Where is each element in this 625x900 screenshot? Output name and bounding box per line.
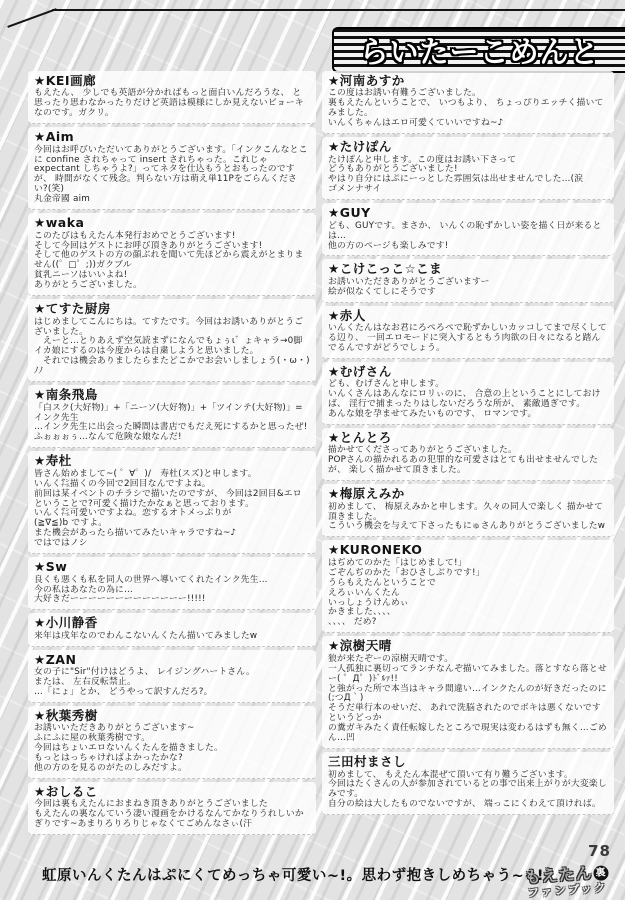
comment-body: 今回はお呼びいただいてありがとうございます。「インクこんなとこに confine…: [34, 146, 310, 206]
commenter-name: ★KEI画廊: [34, 74, 310, 88]
commenter-name: 三田村まさし: [328, 755, 608, 769]
top-border-diagonal-line: [7, 8, 57, 28]
comment-section: ★おしるこ今回は裏もえたんにおまねき頂きありがとうございました もえたんの裏なん…: [28, 782, 316, 835]
comment-section: ★寿杜皆さん始めまして~( ゜∀゜)/ 寿杜(スズ)と申します。 いんく㌠描くの…: [28, 451, 316, 554]
comment-section: ★こけこっこ☆こまお誘いいただきありがとうございますー 絵が似なくてしにそうです: [322, 259, 614, 302]
commenter-name: ★梅原えみか: [328, 487, 608, 501]
commenter-name: ★赤人: [328, 309, 608, 323]
comment-body: たけぽんと申します。この度はお誘い下さって どうもありがとうございました! やは…: [328, 156, 608, 196]
comment-body: 「白スク(大好物)」+「ニーソ(大好物)」+「ツインテ(大好物)」=インク先生 …: [34, 404, 310, 444]
commenter-name: ★とんとろ: [328, 431, 608, 445]
commenter-name: ★Sw: [34, 560, 310, 574]
comment-body: 女の子に"Sir"付けはどうよ、 レイジングハートさん。 または、 左右反転禁止…: [34, 668, 310, 698]
logo-ura-badge: 裏: [593, 865, 609, 881]
comment-section: ★南条飛鳥「白スク(大好物)」+「ニーソ(大好物)」+「ツインテ(大好物)」=イ…: [28, 385, 316, 448]
comment-body: このたびはもえたん本発行おめでとうございます! そして今回はゲストにお呼び頂きあ…: [34, 232, 310, 292]
comment-section: ★たけぽんたけぽんと申します。この度はお誘い下さって どうもありがとうございまし…: [322, 137, 614, 200]
comment-body: 来年は戌年なのでわんこないんくたん描いてみましたw: [34, 632, 310, 642]
comment-body: もえたん、 少しでも英語が分かればもっと面白いんだろうな、 と思ったり思わなかっ…: [34, 89, 310, 119]
commenter-name: ★ZAN: [34, 653, 310, 667]
commenter-name: ★涼樹天晴: [328, 639, 608, 653]
comment-section: ★むげさんども、むげさんと申します。 いんくさんはあんなにロリぃのに、 合意の上…: [322, 362, 614, 425]
comment-body: ども、GUYです。まさか、 いんくの恥ずかしい姿を描く日が来るとは… 他の方のペ…: [328, 222, 608, 252]
comment-body: はじめましてこんにちは。てすたです。今回はお誘いありがとうございました。 えーと…: [34, 318, 310, 378]
comment-section: ★GUYども、GUYです。まさか、 いんくの恥ずかしい姿を描く日が来るとは… 他…: [322, 203, 614, 256]
comment-body: お誘いいただきありがとうございます~ ふにふに屋の秋葉秀樹です。 今回はちょいエ…: [34, 724, 310, 774]
comment-body: 初めまして、 梅原えみかと申します。久々の同人で楽しく 描かせて頂きました。 こ…: [328, 503, 608, 533]
comment-section: ★Aim今回はお呼びいただいてありがとうございます。「インクこんなとこに con…: [28, 127, 316, 210]
comment-body: この度はお誘い有難うございました。 裏もえたんということで、 いつもより、 ちょ…: [328, 89, 608, 129]
comment-section: ★てすた厨房はじめましてこんにちは。てすたです。今回はお誘いありがとうございまし…: [28, 299, 316, 382]
commenter-name: ★むげさん: [328, 365, 608, 379]
comment-section: ★wakaこのたびはもえたん本発行おめでとうございます! そして今回はゲストにお…: [28, 213, 316, 296]
comment-section: ★赤人いんくたんはなお君にろぺろぺで恥ずかしいカッコしてまで尽くしてる辺り、 一…: [322, 306, 614, 359]
commenter-name: ★たけぽん: [328, 140, 608, 154]
commenter-name: ★Aim: [34, 130, 310, 144]
page-title: らいたーこめんと: [359, 28, 599, 71]
comment-body: 描かせてくださってありがとうございました。 POPさんの描かれるあの犯罪的な可愛…: [328, 446, 608, 476]
comment-body: ども、むげさんと申します。 いんくさんはあんなにロリぃのに、 合意の上ということ…: [328, 380, 608, 420]
comment-body: 今回は裏もえたんにおまねき頂きありがとうございました もえたんの裏なんていう凄い…: [34, 800, 310, 830]
top-border-line: [52, 9, 625, 11]
commenter-name: ★寿杜: [34, 454, 310, 468]
comment-section: ★とんとろ描かせてくださってありがとうございました。 POPさんの描かれるあの犯…: [322, 428, 614, 481]
comment-body: 良くも悪くも私を同人の世界へ導いてくれたインク先生… 今の私はあなたの為に… 大…: [34, 576, 310, 606]
comment-section: ★涼樹天晴狼が来たぞーの涼樹天晴です。 一人孤独に裏切ってランチなんぞ描いてみま…: [322, 636, 614, 749]
commenter-name: ★てすた厨房: [34, 302, 310, 316]
commenter-name: ★南条飛鳥: [34, 388, 310, 402]
comment-section: ★KEI画廊もえたん、 少しでも英語が分かればもっと面白いんだろうな、 と思った…: [28, 71, 316, 124]
comment-section: ★KURONEKOはぢめてのかた「はじめまして!」 ごぞんぢのかた「おひさしぶり…: [322, 540, 614, 633]
comment-body: 皆さん始めまして~( ゜∀゜)/ 寿杜(スズ)と申します。 いんく㌠描くの今回で…: [34, 470, 310, 550]
comments-column-right: ★河南あすかこの度はお誘い有難うございました。 裏もえたんということで、 いつも…: [322, 71, 614, 841]
doujin-writer-comments-page: らいたーこめんと ★KEI画廊もえたん、 少しでも英語が分かればもっと面白いんだ…: [0, 0, 625, 900]
moetan-ura-fanbook-logo: もえたん裏 ファンブック: [524, 864, 610, 899]
commenter-name: ★秋葉秀樹: [34, 709, 310, 723]
comment-body: お誘いいただきありがとうございますー 絵が似なくてしにそうです: [328, 278, 608, 298]
bottom-tagline: 虹原いんくたんはぷにくてめっちゃ可愛い~!。思わず抱きしめちゃう~~!: [42, 864, 512, 885]
comment-body: 初めまして、 もえたん本混ぜて頂いて有り難うございます。 今回はたくさんの人が参…: [328, 771, 608, 811]
comments-column-left: ★KEI画廊もえたん、 少しでも英語が分かればもっと面白いんだろうな、 と思った…: [28, 71, 316, 855]
page-header: らいたーこめんと: [332, 27, 625, 73]
comment-section: ★Sw良くも悪くも私を同人の世界へ導いてくれたインク先生… 今の私はあなたの為に…: [28, 557, 316, 610]
commenter-name: ★おしるこ: [34, 785, 310, 799]
commenter-name: ★KURONEKO: [328, 543, 608, 557]
comment-body: はぢめてのかた「はじめまして!」 ごぞんぢのかた「おひさしぶりです!」 うらもえ…: [328, 559, 608, 629]
commenter-name: ★waka: [34, 216, 310, 230]
commenter-name: ★こけこっこ☆こま: [328, 262, 608, 276]
comment-body: 狼が来たぞーの涼樹天晴です。 一人孤独に裏切ってランチなんぞ描いてみました。落と…: [328, 655, 608, 744]
comment-section: 三田村まさし初めまして、 もえたん本混ぜて頂いて有り難うございます。 今回はたく…: [322, 752, 614, 815]
commenter-name: ★小川静香: [34, 616, 310, 630]
comment-section: ★ZAN女の子に"Sir"付けはどうよ、 レイジングハートさん。 または、 左右…: [28, 650, 316, 703]
commenter-name: ★GUY: [328, 206, 608, 220]
comment-section: ★梅原えみか初めまして、 梅原えみかと申します。久々の同人で楽しく 描かせて頂き…: [322, 484, 614, 537]
comment-body: いんくたんはなお君にろぺろぺで恥ずかしいカッコしてまで尽くしてる辺り、 一回エロ…: [328, 324, 608, 354]
comment-section: ★秋葉秀樹お誘いいただきありがとうございます~ ふにふに屋の秋葉秀樹です。 今回…: [28, 706, 316, 779]
comment-section: ★河南あすかこの度はお誘い有難うございました。 裏もえたんということで、 いつも…: [322, 71, 614, 134]
comment-section: ★小川静香来年は戌年なのでわんこないんくたん描いてみましたw: [28, 613, 316, 646]
page-number: 78: [588, 842, 611, 860]
commenter-name: ★河南あすか: [328, 74, 608, 88]
